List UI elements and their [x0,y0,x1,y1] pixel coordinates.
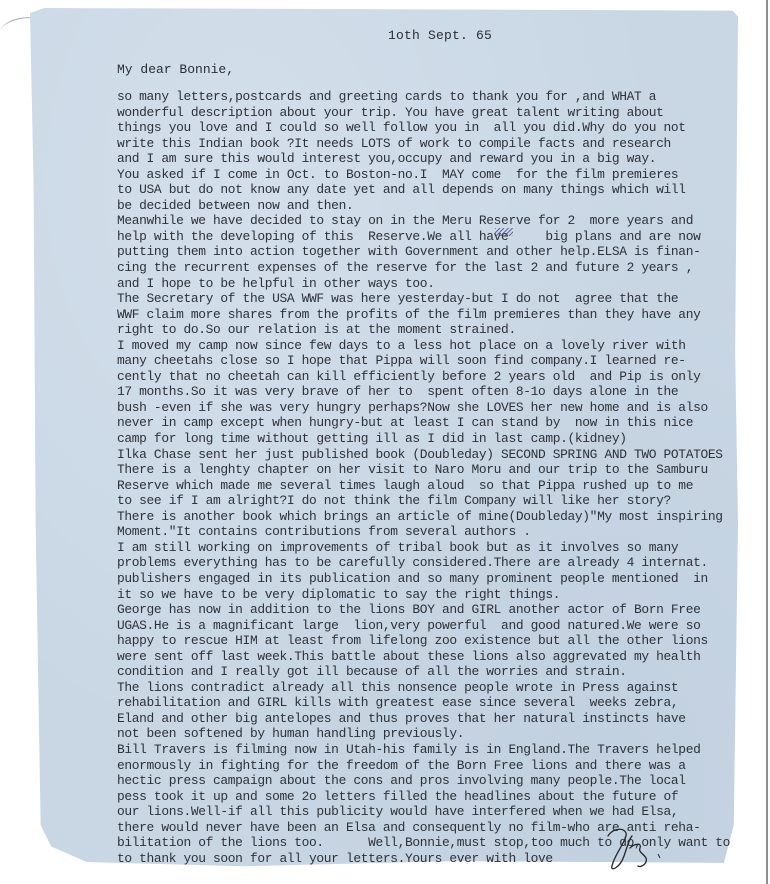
letter-line: WWF claim more shares from the profits o… [117,307,757,323]
letter-line: were sent off last week.This battle abou… [117,649,757,665]
letter-line: help with the developing of this Reserve… [117,229,757,245]
letter-line: Eland and other big antelopes and thus p… [117,711,757,727]
letter-line: be decided between now and then. [117,198,757,214]
letter-line: publishers engaged in its publication an… [117,571,757,587]
letter-line: Bill Travers is filming now in Utah-his … [117,742,757,758]
letter-line: wonderful description about your trip. Y… [117,105,757,121]
letter-line: I am still working on improvements of tr… [117,540,757,556]
letter-line: cently that no cheetah can kill efficien… [117,369,757,385]
letter-body: so many letters,postcards and greeting c… [117,89,757,866]
signature-icon [600,822,680,872]
letter-line: problems everything has to be carefully … [117,555,757,571]
scanned-letter: 1oth Sept. 65 My dear Bonnie, so many le… [0,0,770,884]
letter-line: condition and I really got ill because o… [117,664,757,680]
letter-line: enormously in fighting for the freedom o… [117,758,757,774]
letter-line: Reserve which made me several times laug… [117,478,757,494]
letter-line: never in camp except when hungry-but at … [117,415,757,431]
letter-line: There is another book which brings an ar… [117,509,757,525]
letter-line: cing the recurrent expenses of the reser… [117,260,757,276]
letter-line: Meanwhile we have decided to stay on in … [117,213,757,229]
letter-line: putting them into action together with G… [117,244,757,260]
letter-line: many cheetahs close so I hope that Pippa… [117,353,757,369]
letter-line: UGAS.He is a magnificant large lion,very… [117,618,757,634]
letter-line: You asked if I come in Oct. to Boston-no… [117,167,757,183]
letter-line: The lions contradict already all this no… [117,680,757,696]
letter-line: right to do.So our relation is at the mo… [117,322,757,338]
scan-edge-line [766,0,768,884]
letter-line: and I hope to be helpful in other ways t… [117,276,757,292]
letter-line: bush -even if she was very hungry perhap… [117,400,757,416]
handwritten-signature [600,822,680,872]
letter-line: Ilka Chase sent her just published book … [117,447,757,463]
letter-line: happy to rescue HIM at least from lifelo… [117,633,757,649]
letter-line: pess took it up and some 2o letters fill… [117,789,757,805]
letter-line: write this Indian book ?It needs LOTS of… [117,136,757,152]
letter-line: it so we have to be very diplomatic to s… [117,587,757,603]
letter-line: to USA but do not know any date yet and … [117,182,757,198]
crossed-out-word [495,228,513,236]
letter-line: 17 months.So it was very brave of her to… [117,384,757,400]
letter-line: camp for long time without getting ill a… [117,431,757,447]
letter-line: so many letters,postcards and greeting c… [117,89,757,105]
letter-line: hectic press campaign about the cons and… [117,773,757,789]
letter-line: There is a lenghty chapter on her visit … [117,462,757,478]
letter-line: things you love and I could so well foll… [117,120,757,136]
letter-line: our lions.Well-if all this publicity wou… [117,804,757,820]
letter-date: 1oth Sept. 65 [388,28,492,43]
letter-line: and I am sure this would interest you,oc… [117,151,757,167]
letter-line: I moved my camp now since few days to a … [117,338,757,354]
letter-salutation: My dear Bonnie, [117,62,234,77]
letter-line: rehabilitation and GIRL kills with great… [117,695,757,711]
letter-line: George has now in addition to the lions … [117,602,757,618]
letter-line: The Secretary of the USA WWF was here ye… [117,291,757,307]
letter-line: to see if I am alright?I do not think th… [117,493,757,509]
letter-line: not been softened by human handling prev… [117,726,757,742]
letter-line: Moment."It contains contributions from s… [117,524,757,540]
